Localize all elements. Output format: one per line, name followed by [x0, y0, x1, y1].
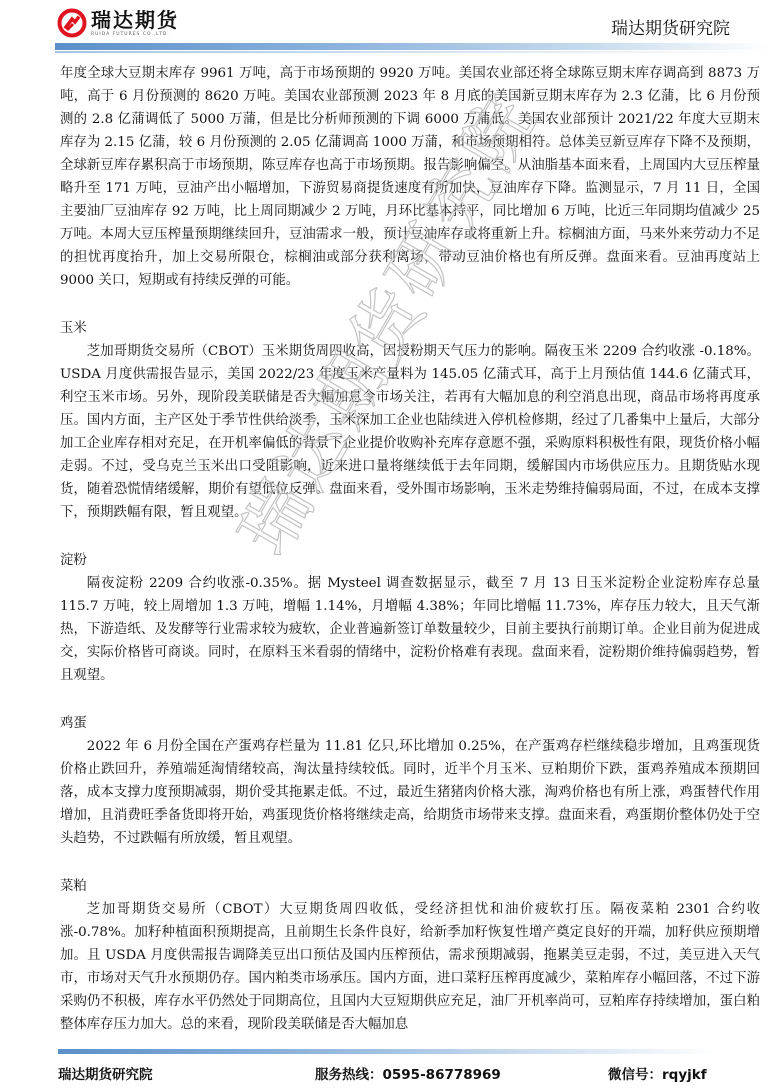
report-body: 年度全球大豆期末库存 9961 万吨，高于市场预期的 9920 万吨。美国农业部…	[60, 62, 760, 1036]
page-footer: 瑞达期货研究院 服务热线：0595-86778969 微信号：rqyjkf	[58, 1063, 728, 1085]
section-title-egg: 鸡蛋	[60, 712, 760, 735]
logo-english-name: RUIDA FUTURES CO.,LTD.	[91, 31, 179, 38]
section-body-egg: 2022 年 6 月份全国在产蛋鸡存栏量为 11.81 亿只,环比增加 0.25…	[60, 735, 760, 850]
soy-oil-paragraph: 年度全球大豆期末库存 9961 万吨，高于市场预期的 9920 万吨。美国农业部…	[60, 62, 760, 292]
section-title-corn: 玉米	[60, 317, 760, 340]
section-body-corn: 芝加哥期货交易所（CBOT）玉米期货周四收高，因授粉期天气压力的影响。隔夜玉米 …	[60, 340, 760, 524]
company-logo: 瑞达期货 RUIDA FUTURES CO.,LTD.	[57, 6, 179, 40]
footer-institute: 瑞达期货研究院	[58, 1063, 153, 1083]
section-body-rapeseed-meal: 芝加哥期货交易所（CBOT）大豆期货周四收低，受经济担忧和油价疲软打压。隔夜菜粕…	[60, 898, 760, 1036]
section-title-starch: 淀粉	[60, 549, 760, 572]
ruida-logo-icon	[57, 8, 87, 38]
logo-chinese-name: 瑞达期货	[91, 9, 179, 31]
footer-hotline: 服务热线：0595-86778969	[315, 1063, 501, 1083]
header-divider	[55, 43, 770, 50]
section-body-starch: 隔夜淀粉 2209 合约收涨-0.35%。据 Mysteel 调查数据显示，截至…	[60, 572, 760, 687]
header-divider-thin	[55, 51, 770, 53]
section-title-rapeseed-meal: 菜粕	[60, 875, 760, 898]
header-institute-title: 瑞达期货研究院	[611, 14, 730, 39]
page-header: 瑞达期货 RUIDA FUTURES CO.,LTD. 瑞达期货研究院	[0, 0, 770, 58]
footer-wechat: 微信号：rqyjkf	[608, 1063, 707, 1083]
footer-divider	[58, 1049, 718, 1054]
